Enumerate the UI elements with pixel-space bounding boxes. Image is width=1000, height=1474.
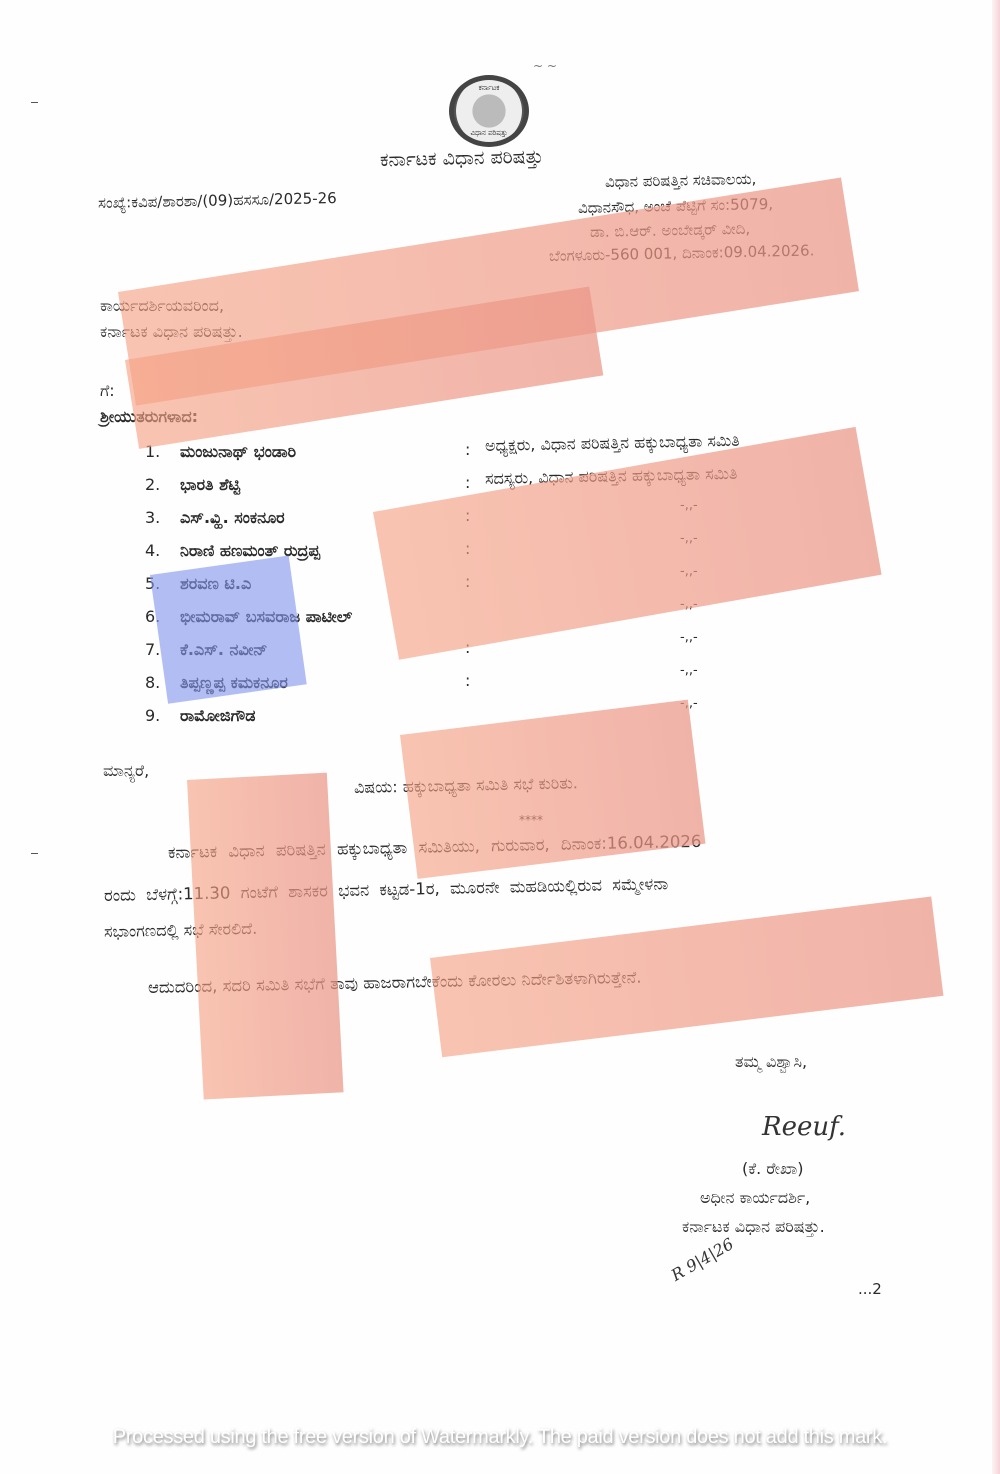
recipient-designation-ditto: -,,- xyxy=(680,628,698,648)
recipient-designation-ditto: -,,- xyxy=(680,595,698,615)
scan-mark xyxy=(31,102,38,103)
recipient-number: 3. xyxy=(145,508,160,528)
recipient-designation-ditto: -,,- xyxy=(680,496,698,516)
recipient-designation-ditto: -,,- xyxy=(680,529,698,549)
greeting: ಮಾನ್ಯರೆ, xyxy=(103,761,149,781)
signatory-title: ಅಧೀನ ಕಾರ್ಯದರ್ಶಿ, xyxy=(700,1188,810,1208)
emblem-bottom-text: ವಿಧಾನ ಪರಿಷತ್ತು xyxy=(470,129,507,138)
recipient-number: 8. xyxy=(145,673,160,693)
address-line: ಡಾ. ಬಿ.ಆರ್. ಅಂಬೇಡ್ಕರ್ ವೀದಿ, xyxy=(590,219,751,242)
recipient-separator: : xyxy=(465,539,470,559)
valediction: ತಮ್ಮ ವಿಶ್ವಾಸಿ, xyxy=(735,1052,807,1072)
from-line-1: ಕಾರ್ಯದರ್ಶಿಯವರಿಂದ, xyxy=(100,296,224,316)
recipient-number: 4. xyxy=(145,541,160,561)
subject-line: ವಿಷಯ: ಹಕ್ಕುಬಾಧ್ಯತಾ ಸಮಿತಿ ಸಭೆ ಕುರಿತು. xyxy=(354,773,578,798)
scan-mark xyxy=(31,853,38,854)
watermark-text: Processed using the free version of Wate… xyxy=(0,1426,1000,1449)
recipient-designation-ditto: -,,- xyxy=(680,694,698,714)
recipient-separator: : xyxy=(465,671,470,691)
salutation-heading: ಶ್ರೀಯುತರುಗಳಾದ: xyxy=(100,407,198,427)
recipient-number: 6. xyxy=(145,607,160,627)
recipient-number: 5. xyxy=(145,574,160,594)
recipient-name: ಭೀಮರಾವ್ ಬಸವರಾಜ ಪಾಟೀಲ್ xyxy=(180,607,352,627)
signatory-name: (ಕೆ. ರೇಖಾ) xyxy=(742,1159,804,1179)
recipient-separator: : xyxy=(465,506,470,526)
letter-date: ಬೆಂಗಳೂರು-560 001, ದಿನಾಂಕ:09.04.2026. xyxy=(549,240,815,266)
reference-number: ಸಂಖ್ಯೆ:ಕವಿಪ/ಶಾರಶಾ/(09)ಹಸಸೂ/2025-26 xyxy=(98,188,337,213)
recipient-designation: ಅಧ್ಯಕ್ಷರು, ವಿಧಾನ ಪರಿಷತ್ತಿನ ಹಕ್ಕುಬಾಧ್ಯತಾ … xyxy=(485,431,740,456)
separator: **** xyxy=(519,810,543,830)
recipient-name: ತಿಪ್ಪಣ್ಣಪ್ಪ ಕಮಕನೂರ xyxy=(180,673,288,693)
page-edge xyxy=(992,0,1000,1474)
recipient-name: ನಿರಾಣಿ ಹಣಮಂತ್ ರುದ್ರಪ್ಪ xyxy=(180,541,320,561)
signatory-org: ಕರ್ನಾಟಕ ವಿಧಾನ ಪರಿಷತ್ತು. xyxy=(682,1217,825,1237)
recipient-name: ಶರವಣ ಟಿ.ಎ xyxy=(180,574,251,594)
recipient-designation-ditto: -,,- xyxy=(680,562,698,582)
recipient-name: ರಾಮೋಜಿಗೌಡ xyxy=(180,706,255,726)
address-line: ವಿಧಾನ ಪರಿಷತ್ತಿನ ಸಚಿವಾಲಯ, xyxy=(605,169,757,192)
address-line: ವಿಧಾನಸೌಧ, ಅಂಚೆ ಪೆಟ್ಟಿಗೆ ಸಂ:5079, xyxy=(578,194,773,218)
recipient-number: 2. xyxy=(145,475,160,495)
emblem-logo: ಕರ್ನಾಟಕ ವಿಧಾನ ಪರಿಷತ್ತು xyxy=(449,75,529,147)
org-title: ಕರ್ನಾಟಕ ವಿಧಾನ ಪರಿಷತ್ತು xyxy=(380,147,544,170)
recipient-separator: : xyxy=(465,473,470,493)
recipient-name: ಭಾರತಿ ಶೆಟ್ಟಿ xyxy=(180,475,240,495)
recipient-name: ಕೆ.ಎಸ್. ನವೀನ್ xyxy=(180,640,267,660)
recipient-separator: : xyxy=(465,440,470,460)
from-line-2: ಕರ್ನಾಟಕ ವಿಧಾನ ಪರಿಷತ್ತು. xyxy=(100,322,243,342)
recipient-number: 9. xyxy=(145,706,160,726)
signature: Reeuf. xyxy=(762,1112,846,1142)
page-continuation: ...2 xyxy=(858,1279,882,1299)
paragraph-1-line-1: ಕರ್ನಾಟಕ ವಿಧಾನ ಪರಿಷತ್ತಿನ ಹಕ್ಕುಬಾಧ್ಯತಾ ಸಮಿ… xyxy=(168,832,702,863)
recipient-designation-ditto: -,,- xyxy=(680,661,698,681)
recipient-designation: ಸದಸ್ಯರು, ವಿಧಾನ ಪರಿಷತ್ತಿನ ಹಕ್ಕುಬಾಧ್ಯತಾ ಸಮ… xyxy=(485,464,738,489)
paragraph-2: ಆದುದರಿಂದ, ಸದರಿ ಸಮಿತಿ ಸಭೆಗೆ ತಾವು ಹಾಜರಾಗಬೇ… xyxy=(148,968,642,998)
recipient-name: ಮಂಜುನಾಥ್ ಭಂಡಾರಿ xyxy=(180,442,296,462)
recipient-separator: : xyxy=(465,572,470,592)
recipient-separator: : xyxy=(465,638,470,658)
recipient-number: 7. xyxy=(145,640,160,660)
to-label: ಗೆ: xyxy=(100,381,115,401)
scan-mark: ~ ~ xyxy=(533,56,557,76)
recipient-number: 1. xyxy=(145,442,160,462)
paragraph-1-line-2: ರಂದು ಬೆಳಗ್ಗೆ:11.30 ಗಂಟೆಗೆ ಶಾಸಕರ ಭವನ ಕಟ್ಟ… xyxy=(104,874,669,906)
initials-scrawl: R 9|4|26 xyxy=(668,1234,737,1285)
emblem-top-text: ಕರ್ನಾಟಕ xyxy=(479,84,500,93)
highlight-overlay xyxy=(373,427,882,660)
letter-page: ~ ~ ಕರ್ನಾಟಕ ವಿಧಾನ ಪರಿಷತ್ತು ಕರ್ನಾಟಕ ವಿಧಾನ… xyxy=(0,0,1000,1474)
recipient-name: ಎಸ್.ವ್ಹಿ. ಸಂಕನೂರ xyxy=(180,508,285,528)
paragraph-1-line-3: ಸಭಾಂಗಣದಲ್ಲಿ ಸಭೆ ಸೇರಲಿದೆ. xyxy=(104,919,258,942)
